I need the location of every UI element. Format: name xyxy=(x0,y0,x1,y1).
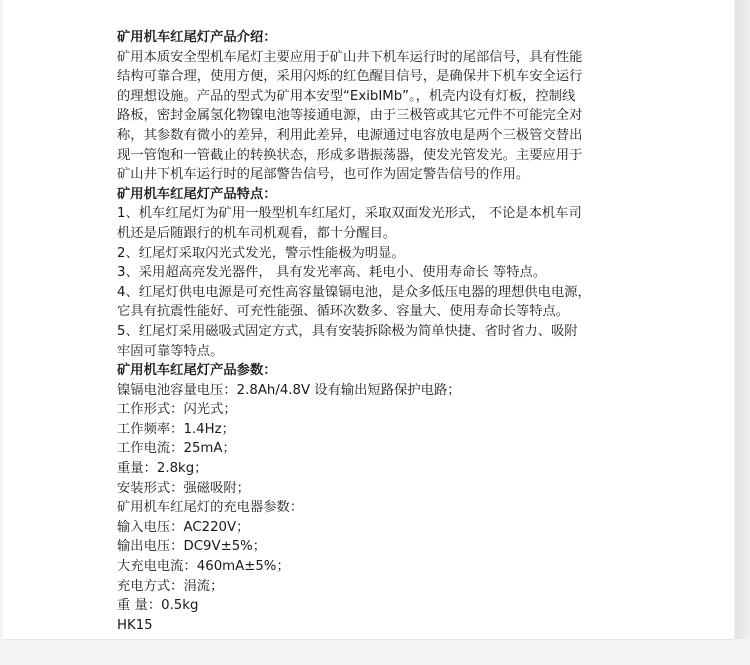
charger-max-current: 大充电电流：460mA±5%； xyxy=(117,557,637,577)
feature-line: 4、红尾灯供电电源是可充性高容量镍镉电池，是众多低压电器的理想供电电源， xyxy=(117,283,637,303)
feature-line: 1、机车红尾灯为矿用一般型机车红尾灯，采取双面发光形式， 不论是本机车司 xyxy=(117,204,637,224)
intro-line: 结构可靠合理，使用方便，采用闪烁的红色醒目信号，是确保井下机车安全运行 xyxy=(117,67,637,87)
intro-line: 现一管饱和一管截止的转换状态，形成多谐振荡器，使发光管发光。主要应用于 xyxy=(117,146,637,166)
param-mounting: 安装形式：强磁吸附； xyxy=(117,479,637,499)
param-battery: 镍镉电池容量电压：2.8Ah/4.8V 设有输出短路保护电路； xyxy=(117,381,637,401)
charger-output-voltage: 输出电压：DC9V±5%； xyxy=(117,537,637,557)
intro-line: 路板，密封金属氢化物镍电池等接通电源，由于三极管或其它元件不可能完全对 xyxy=(117,106,637,126)
feature-line: 2、红尾灯采取闪光式发光，警示性能极为明显。 xyxy=(117,244,637,264)
param-frequency: 工作频率：1.4Hz； xyxy=(117,420,637,440)
intro-line: 矿用本质安全型机车尾灯主要应用于矿山井下机车运行时的尾部信号，具有性能 xyxy=(117,48,637,68)
feature-line: 5、红尾灯采用磁吸式固定方式，具有安装拆除极为简单快捷、省时省力、吸附 xyxy=(117,322,637,342)
param-current: 工作电流：25mA； xyxy=(117,439,637,459)
feature-line: 它具有抗震性能好、可充性能强、循环次数多、容量大、使用寿命长等特点。 xyxy=(117,302,637,322)
intro-line: 称，其参数有微小的差异，利用此差异，电源通过电容放电是两个三极管交替出 xyxy=(117,126,637,146)
product-document: 矿用机车红尾灯产品介绍： 矿用本质安全型机车尾灯主要应用于矿山井下机车运行时的尾… xyxy=(117,28,637,635)
content-panel: 矿用机车红尾灯产品介绍： 矿用本质安全型机车尾灯主要应用于矿山井下机车运行时的尾… xyxy=(3,0,734,640)
section-heading-parameters: 矿用机车红尾灯产品参数： xyxy=(117,361,637,381)
intro-line: 的理想设施。产品的型式为矿用本安型“ExibIMb”。，机壳内设有灯板，控制线 xyxy=(117,87,637,107)
feature-line: 牢固可靠等特点。 xyxy=(117,342,637,362)
model-code: HK15 xyxy=(117,616,637,636)
section-heading-introduction: 矿用机车红尾灯产品介绍： xyxy=(117,28,637,48)
section-heading-features: 矿用机车红尾灯产品特点： xyxy=(117,185,637,205)
param-weight: 重量：2.8kg； xyxy=(117,459,637,479)
param-work-mode: 工作形式：闪光式； xyxy=(117,400,637,420)
feature-line: 3、采用超高亮发光器件， 具有发光率高、耗电小、使用寿命长 等特点。 xyxy=(117,263,637,283)
feature-line: 机还是后随跟行的机车司机观看，都十分醒目。 xyxy=(117,224,637,244)
charger-weight: 重 量：0.5kg xyxy=(117,596,637,616)
intro-line: 矿山井下机车运行时的尾部警告信号，也可作为固定警告信号的作用。 xyxy=(117,165,637,185)
vertical-scrollbar[interactable] xyxy=(735,0,750,639)
charger-input-voltage: 输入电压：AC220V； xyxy=(117,518,637,538)
charger-params-label: 矿用机车红尾灯的充电器参数： xyxy=(117,498,637,518)
charger-mode: 充电方式：涓流； xyxy=(117,577,637,597)
